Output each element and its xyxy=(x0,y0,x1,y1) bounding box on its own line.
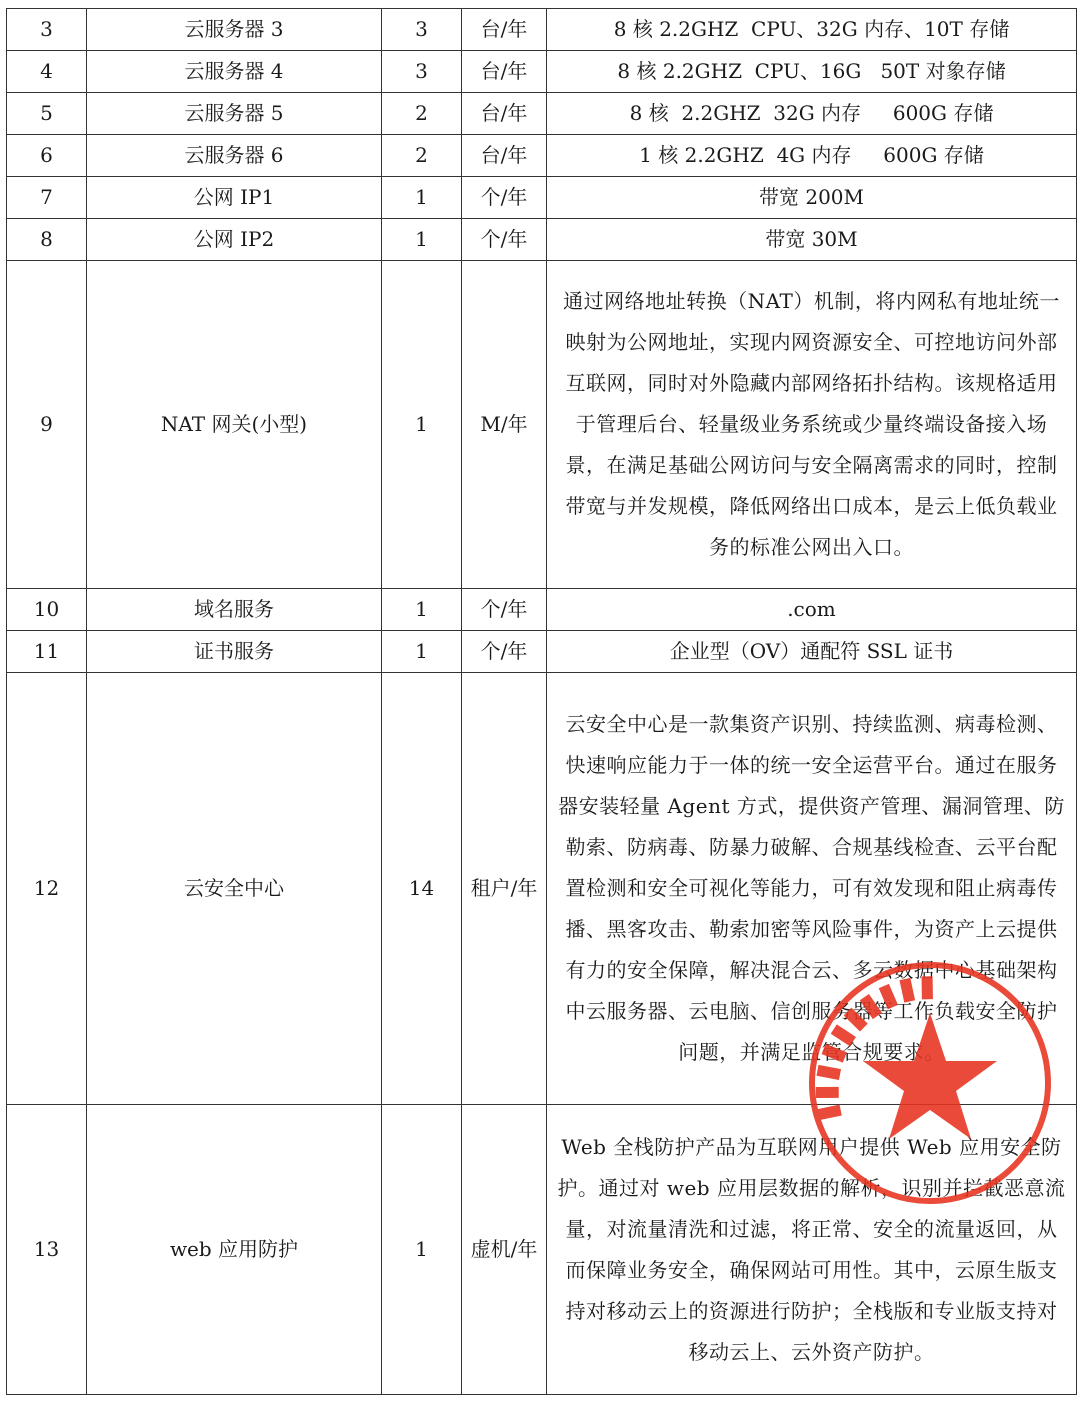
table-row: 5 云服务器 5 2 台/年 8 核 2.2GHZ 32G 内存 600G 存储 xyxy=(7,93,1077,135)
item-name: 公网 IP1 xyxy=(87,177,382,219)
item-name: 云服务器 5 xyxy=(87,93,382,135)
item-quantity: 1 xyxy=(382,219,462,261)
table-row: 4 云服务器 4 3 台/年 8 核 2.2GHZ CPU、16G 50T 对象… xyxy=(7,51,1077,93)
spec-table: 3 云服务器 3 3 台/年 8 核 2.2GHZ CPU、32G 内存、10T… xyxy=(6,8,1077,1395)
item-quantity: 1 xyxy=(382,177,462,219)
table-row: 10 域名服务 1 个/年 .com xyxy=(7,589,1077,631)
item-name: 云安全中心 xyxy=(87,673,382,1105)
item-unit: 个/年 xyxy=(462,219,547,261)
item-unit: 台/年 xyxy=(462,51,547,93)
row-number: 12 xyxy=(7,673,87,1105)
item-spec: 带宽 30M xyxy=(547,219,1077,261)
item-quantity: 3 xyxy=(382,9,462,51)
item-name: 证书服务 xyxy=(87,631,382,673)
table-row: 11 证书服务 1 个/年 企业型（OV）通配符 SSL 证书 xyxy=(7,631,1077,673)
item-name: NAT 网关(小型) xyxy=(87,261,382,589)
item-quantity: 2 xyxy=(382,93,462,135)
table-row: 12 云安全中心 14 租户/年 云安全中心是一款集资产识别、持续监测、病毒检测… xyxy=(7,673,1077,1105)
row-number: 5 xyxy=(7,93,87,135)
row-number: 7 xyxy=(7,177,87,219)
item-name: 公网 IP2 xyxy=(87,219,382,261)
item-name: 云服务器 4 xyxy=(87,51,382,93)
item-name: 云服务器 6 xyxy=(87,135,382,177)
item-unit: M/年 xyxy=(462,261,547,589)
table-row: 7 公网 IP1 1 个/年 带宽 200M xyxy=(7,177,1077,219)
item-quantity: 1 xyxy=(382,261,462,589)
item-spec: 8 核 2.2GHZ CPU、16G 50T 对象存储 xyxy=(547,51,1077,93)
row-number: 4 xyxy=(7,51,87,93)
item-name: 云服务器 3 xyxy=(87,9,382,51)
row-number: 8 xyxy=(7,219,87,261)
item-quantity: 3 xyxy=(382,51,462,93)
item-name: 域名服务 xyxy=(87,589,382,631)
item-quantity: 1 xyxy=(382,1105,462,1395)
row-number: 10 xyxy=(7,589,87,631)
item-unit: 虚机/年 xyxy=(462,1105,547,1395)
table-row: 3 云服务器 3 3 台/年 8 核 2.2GHZ CPU、32G 内存、10T… xyxy=(7,9,1077,51)
table-row: 9 NAT 网关(小型) 1 M/年 通过网络地址转换（NAT）机制，将内网私有… xyxy=(7,261,1077,589)
row-number: 3 xyxy=(7,9,87,51)
item-spec: .com xyxy=(547,589,1077,631)
table-row: 13 web 应用防护 1 虚机/年 Web 全栈防护产品为互联网用户提供 We… xyxy=(7,1105,1077,1395)
item-quantity: 1 xyxy=(382,589,462,631)
row-number: 6 xyxy=(7,135,87,177)
item-quantity: 14 xyxy=(382,673,462,1105)
table-row: 8 公网 IP2 1 个/年 带宽 30M xyxy=(7,219,1077,261)
item-quantity: 1 xyxy=(382,631,462,673)
item-spec: 云安全中心是一款集资产识别、持续监测、病毒检测、快速响应能力于一体的统一安全运营… xyxy=(547,673,1077,1105)
table-row: 6 云服务器 6 2 台/年 1 核 2.2GHZ 4G 内存 600G 存储 xyxy=(7,135,1077,177)
item-unit: 台/年 xyxy=(462,135,547,177)
row-number: 11 xyxy=(7,631,87,673)
item-quantity: 2 xyxy=(382,135,462,177)
item-spec: 8 核 2.2GHZ 32G 内存 600G 存储 xyxy=(547,93,1077,135)
item-unit: 租户/年 xyxy=(462,673,547,1105)
item-spec: 带宽 200M xyxy=(547,177,1077,219)
item-spec: 企业型（OV）通配符 SSL 证书 xyxy=(547,631,1077,673)
item-spec: 8 核 2.2GHZ CPU、32G 内存、10T 存储 xyxy=(547,9,1077,51)
item-name: web 应用防护 xyxy=(87,1105,382,1395)
item-unit: 个/年 xyxy=(462,631,547,673)
item-spec: Web 全栈防护产品为互联网用户提供 Web 应用安全防护。通过对 web 应用… xyxy=(547,1105,1077,1395)
item-spec: 1 核 2.2GHZ 4G 内存 600G 存储 xyxy=(547,135,1077,177)
row-number: 9 xyxy=(7,261,87,589)
item-unit: 台/年 xyxy=(462,9,547,51)
row-number: 13 xyxy=(7,1105,87,1395)
item-unit: 个/年 xyxy=(462,177,547,219)
item-unit: 台/年 xyxy=(462,93,547,135)
item-spec: 通过网络地址转换（NAT）机制，将内网私有地址统一映射为公网地址，实现内网资源安… xyxy=(547,261,1077,589)
item-unit: 个/年 xyxy=(462,589,547,631)
